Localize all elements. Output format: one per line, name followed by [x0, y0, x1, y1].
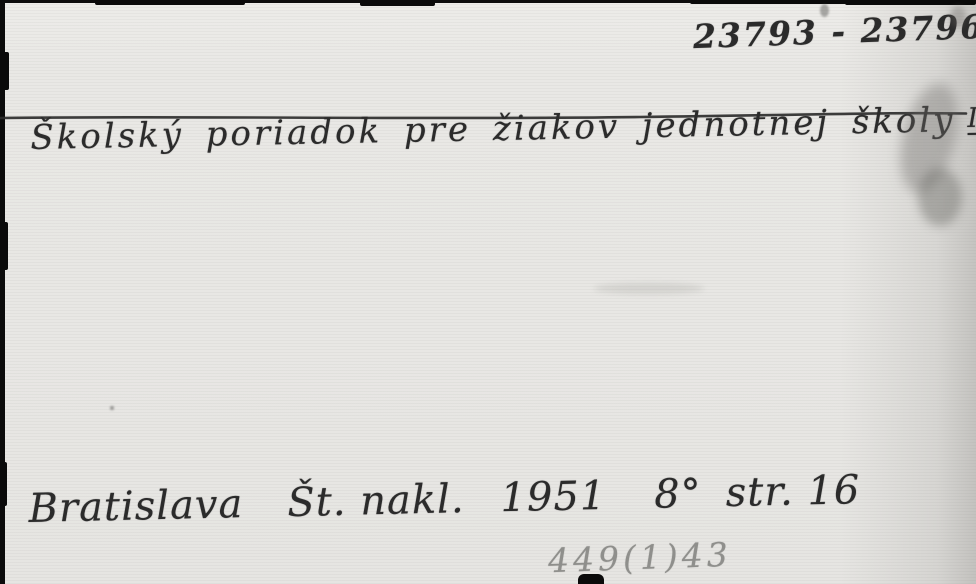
- library-catalog-card-scan: 23793 - 23796 Školský poriadok pre žiako…: [0, 0, 976, 584]
- imprint-format: 8°: [654, 471, 702, 518]
- scan-edge-artifact: [690, 0, 850, 4]
- imprint-place: Bratislava: [28, 481, 244, 532]
- imprint-pages: str. 16: [725, 467, 861, 516]
- scan-edge-artifact: [0, 52, 9, 90]
- imprint-publisher: Št. nakl.: [287, 476, 465, 526]
- scan-edge-artifact: [845, 0, 976, 5]
- scan-edge-artifact: [0, 222, 8, 270]
- imprint-line: BratislavaŠt. nakl.19518°str. 16: [28, 467, 861, 532]
- paper-speck: [110, 406, 114, 410]
- faint-smudge: [594, 283, 704, 294]
- title-grade-numeral: I.: [967, 103, 976, 134]
- title-handwritten: Školský poriadok pre žiakov jednotnej šk…: [30, 100, 975, 158]
- imprint-year: 1951: [500, 473, 607, 521]
- accession-number: 23793 - 23796: [692, 7, 976, 56]
- title-main: Školský poriadok pre žiakov jednotnej šk…: [30, 100, 956, 158]
- scan-edge-artifact: [0, 462, 7, 506]
- scan-edge-artifact: [360, 0, 435, 6]
- ink-smudge: [918, 168, 962, 226]
- pencil-call-number: 449(1)43: [547, 535, 732, 580]
- scan-edge-artifact: [95, 0, 245, 5]
